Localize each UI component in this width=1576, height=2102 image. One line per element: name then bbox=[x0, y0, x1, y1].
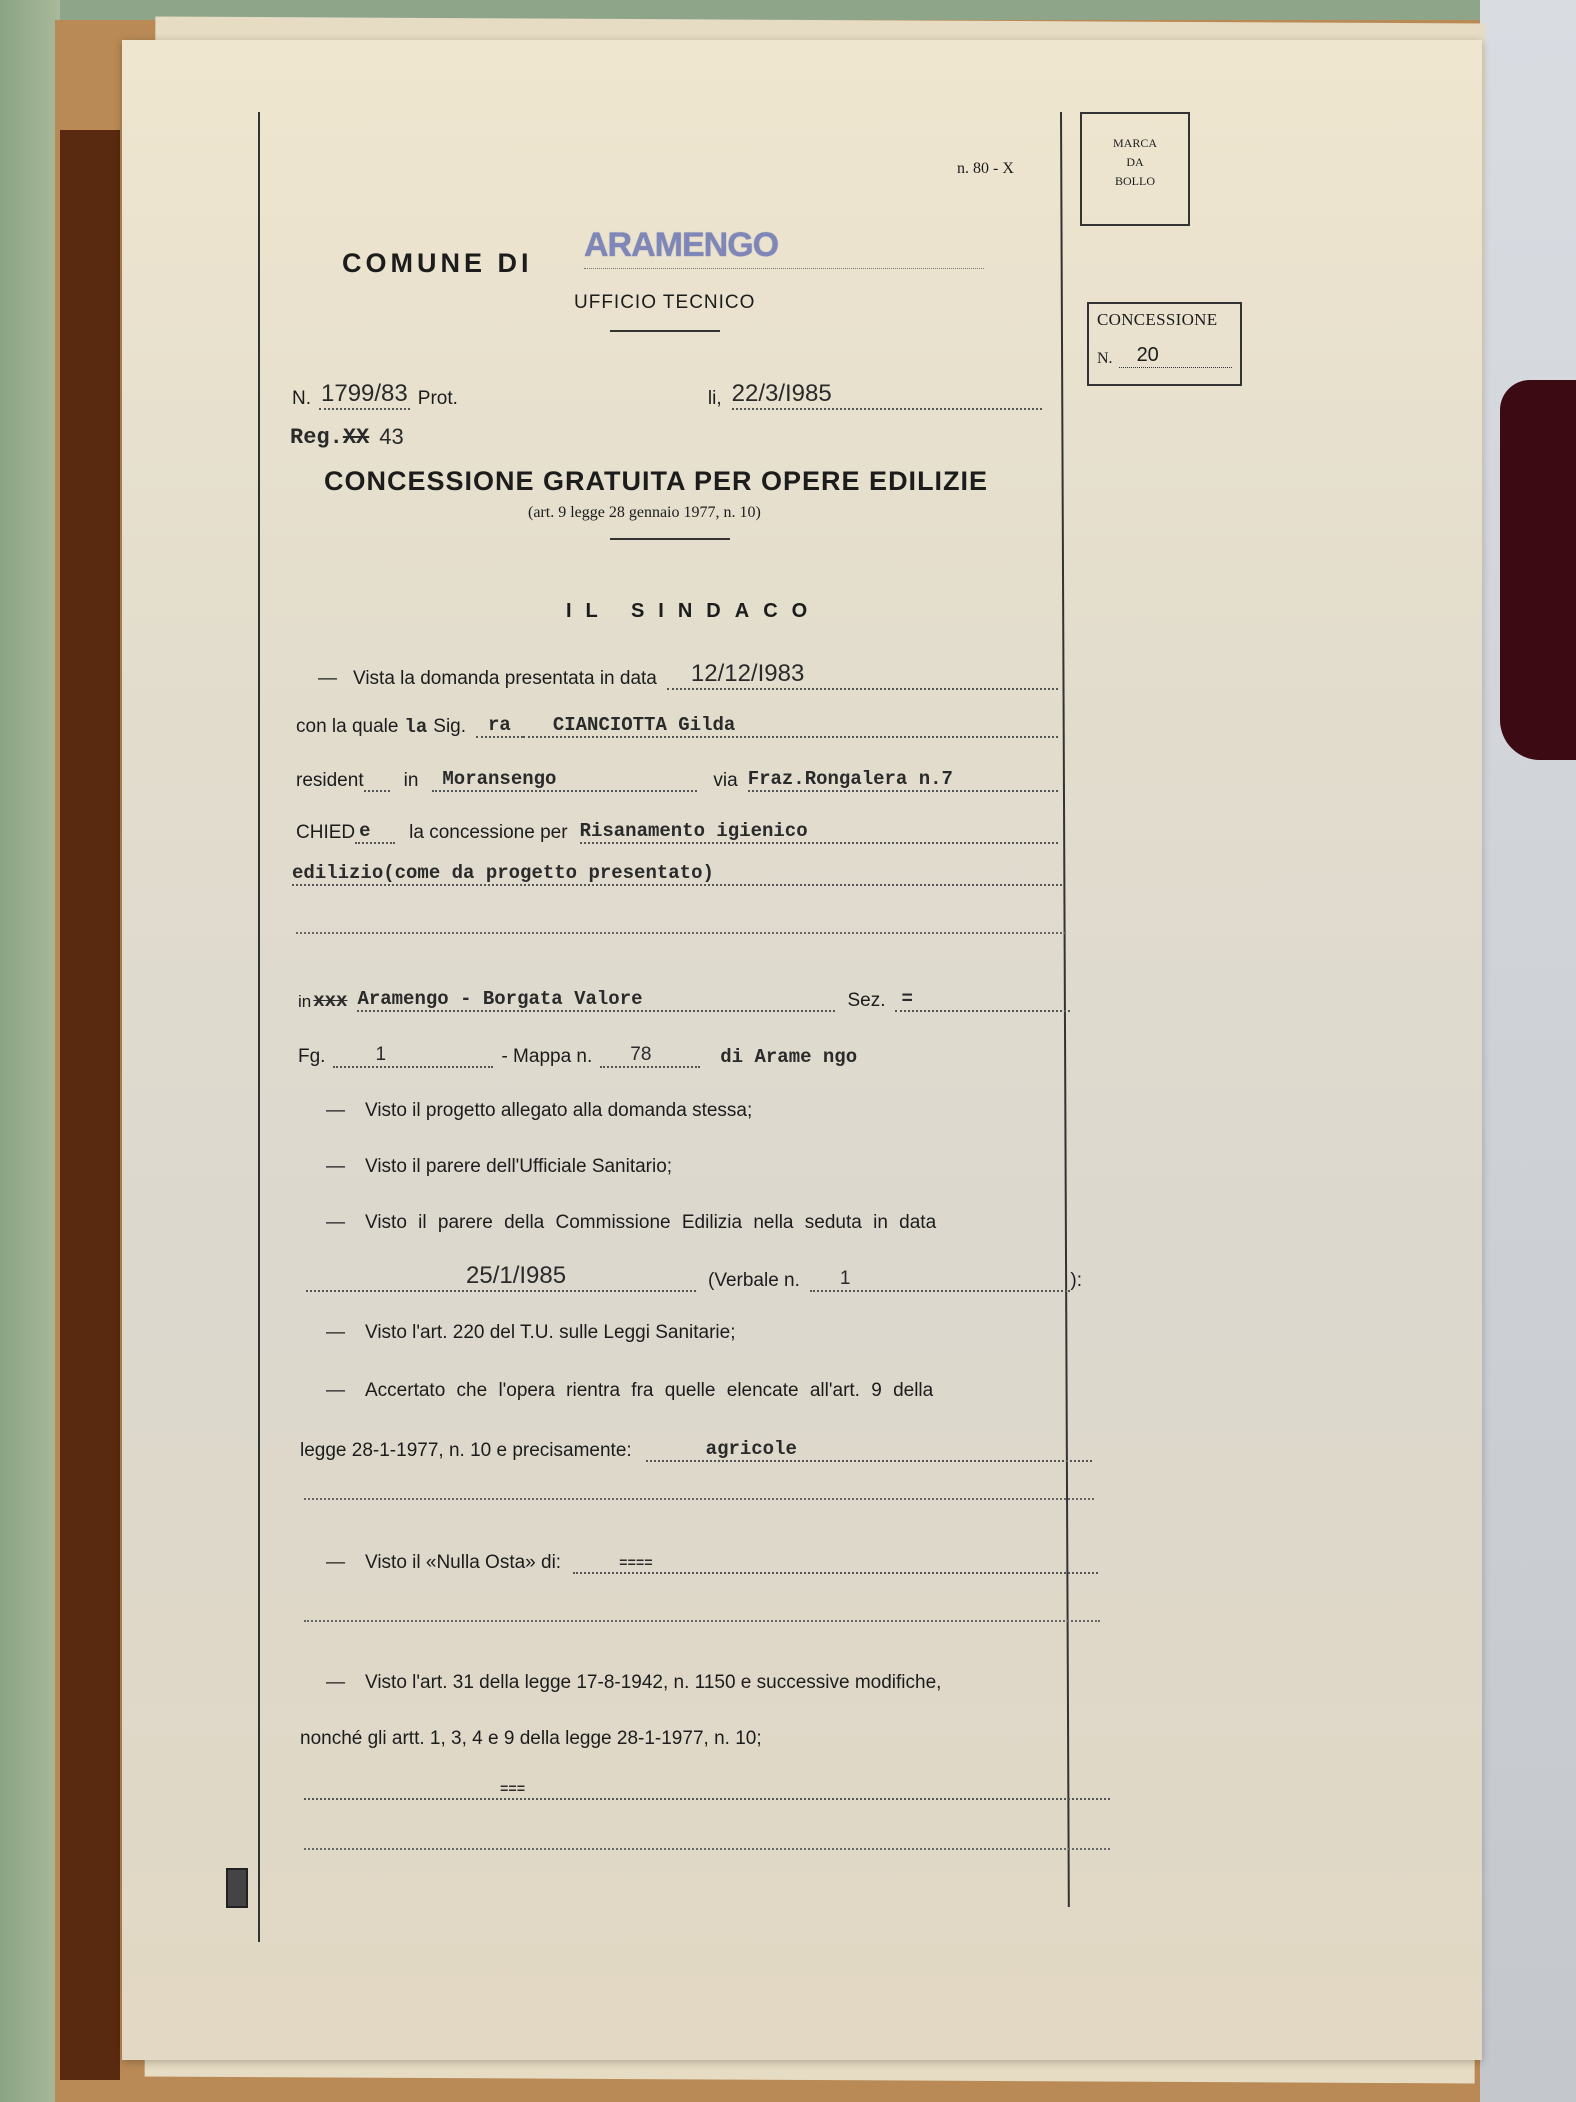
accertato: — Accertato che l'opera rientra fra quel… bbox=[326, 1380, 933, 1402]
commissione-data-row: 25/1/I985 (Verbale n. 1 ): bbox=[306, 1262, 1082, 1292]
nulla-osta-label: Visto il «Nulla Osta» di: bbox=[365, 1552, 561, 1574]
visto-art220-text: Visto l'art. 220 del T.U. sulle Leggi Sa… bbox=[365, 1322, 735, 1344]
mappa-value: 78 bbox=[600, 1044, 700, 1068]
marca-line: DA bbox=[1082, 153, 1188, 172]
concessione-box: CONCESSIONE N. 20 bbox=[1087, 302, 1242, 386]
frame-line-left bbox=[258, 112, 260, 1942]
dash: — bbox=[326, 1552, 345, 1574]
visto-art31-cont: nonché gli artt. 1, 3, 4 e 9 della legge… bbox=[300, 1728, 762, 1750]
visto-sanitario: — Visto il parere dell'Ufficiale Sanitar… bbox=[326, 1156, 672, 1178]
blank-line bbox=[304, 1620, 1100, 1622]
form-code: n. 80 - X bbox=[957, 160, 1014, 178]
residenza-row: resident in Moransengo via Fraz.Rongaler… bbox=[296, 768, 1058, 792]
con-la-quale-label: con la quale bbox=[296, 716, 398, 738]
prot-n-label: N. bbox=[292, 388, 311, 410]
comune-label: COMUNE DI bbox=[342, 248, 533, 279]
divider bbox=[610, 330, 720, 332]
in-label: in bbox=[298, 992, 311, 1012]
blank-line bbox=[304, 1498, 1094, 1500]
blank-line bbox=[296, 932, 1066, 934]
nulla-osta-value: ==== bbox=[573, 1556, 1098, 1574]
visto-art31-text: Visto l'art. 31 della legge 17-8-1942, n… bbox=[365, 1672, 941, 1694]
residence-comune: Moransengo bbox=[432, 768, 697, 792]
residence-via: Fraz.Rongalera n.7 bbox=[748, 768, 1058, 792]
via-label: via bbox=[713, 770, 737, 792]
accertato-text: Accertato che l'opera rientra fra quelle… bbox=[365, 1380, 933, 1402]
printer-logo-icon bbox=[226, 1868, 248, 1908]
visto-art31-cont-text: nonché gli artt. 1, 3, 4 e 9 della legge… bbox=[300, 1728, 762, 1750]
dash: — bbox=[326, 1380, 345, 1402]
protocol-row: N. 1799/83 Prot. li, 22/3/I985 bbox=[292, 380, 1042, 410]
ubicazione-row: in xxx Aramengo - Borgata Valore Sez. = bbox=[298, 988, 1070, 1012]
reg-label: Reg. bbox=[290, 425, 343, 450]
location: Aramengo - Borgata Valore bbox=[357, 988, 835, 1012]
concessione-per-label: la concessione per bbox=[409, 822, 567, 844]
mappa-comune: di Arame ngo bbox=[720, 1046, 857, 1068]
marca-line: BOLLO bbox=[1082, 172, 1188, 191]
visto-art31: — Visto l'art. 31 della legge 17-8-1942,… bbox=[326, 1672, 941, 1694]
catasto-row: Fg. 1 - Mappa n. 78 di Arame ngo bbox=[298, 1044, 1058, 1068]
protocol-number: 1799/83 bbox=[319, 380, 410, 410]
work-description: Risanamento igienico bbox=[580, 820, 1058, 844]
domanda-row: — Vista la domanda presentata in data 12… bbox=[318, 660, 1058, 690]
dash: — bbox=[326, 1672, 345, 1694]
blank-line bbox=[304, 1848, 1110, 1850]
verbale-number: 1 bbox=[810, 1268, 1070, 1292]
concessione-number: 20 bbox=[1119, 344, 1232, 368]
background-right bbox=[1480, 0, 1576, 2102]
ufficio-label: UFFICIO TECNICO bbox=[574, 292, 755, 314]
dash: — bbox=[326, 1156, 345, 1178]
comune-line bbox=[584, 268, 984, 269]
visto-progetto: — Visto il progetto allegato alla domand… bbox=[326, 1100, 752, 1122]
document-subtitle: (art. 9 legge 28 gennaio 1977, n. 10) bbox=[528, 504, 761, 522]
sez-value: = bbox=[895, 988, 1070, 1012]
dash: — bbox=[326, 1212, 345, 1234]
concessione-n-label: N. bbox=[1097, 350, 1113, 368]
sig-suffix: ra bbox=[476, 714, 523, 738]
document-title: CONCESSIONE GRATUITA PER OPERE EDILIZIE bbox=[324, 466, 988, 497]
marca-da-bollo-box: MARCA DA BOLLO bbox=[1080, 112, 1190, 226]
visto-sanitario-text: Visto il parere dell'Ufficiale Sanitario… bbox=[365, 1156, 672, 1178]
work-description-cont: edilizio(come da progetto presentato) bbox=[292, 862, 1062, 886]
verbale-label: (Verbale n. bbox=[708, 1270, 800, 1292]
dash: — bbox=[326, 1100, 345, 1122]
chied-label: CHIED bbox=[296, 822, 355, 844]
final-value: === bbox=[304, 1782, 1110, 1800]
visto-progetto-text: Visto il progetto allegato alla domanda … bbox=[365, 1100, 752, 1122]
final-row: === bbox=[304, 1782, 1110, 1800]
visto-commissione-text: Visto il parere della Commissione Ediliz… bbox=[365, 1212, 936, 1234]
article: la bbox=[404, 716, 427, 738]
reg-number: 43 bbox=[379, 424, 403, 450]
registro-row: Reg. XX 43 bbox=[290, 424, 404, 450]
opera-category: agricole bbox=[646, 1438, 1092, 1462]
richiesta-row: CHIED e la concessione per Risanamento i… bbox=[296, 820, 1058, 844]
mappa-label: - Mappa n. bbox=[501, 1046, 592, 1068]
date-label: li, bbox=[708, 388, 722, 410]
divider bbox=[610, 538, 730, 540]
nulla-osta-row: — Visto il «Nulla Osta» di: ==== bbox=[326, 1552, 1098, 1574]
background-object bbox=[1500, 380, 1576, 760]
verbale-close: ): bbox=[1070, 1270, 1082, 1292]
visto-art220: — Visto l'art. 220 del T.U. sulle Leggi … bbox=[326, 1322, 735, 1344]
background-green-cover bbox=[0, 0, 60, 2102]
accertato-cont: legge 28-1-1977, n. 10 e precisamente: a… bbox=[300, 1438, 1092, 1462]
dash: — bbox=[318, 668, 337, 690]
protocol-date: 22/3/I985 bbox=[732, 380, 1042, 410]
accertato-cont-text: legge 28-1-1977, n. 10 e precisamente: bbox=[300, 1440, 632, 1462]
marca-line: MARCA bbox=[1082, 134, 1188, 153]
fg-label: Fg. bbox=[298, 1046, 325, 1068]
reg-struck: XX bbox=[343, 425, 369, 450]
sindaco-heading: IL SINDACO bbox=[566, 600, 821, 623]
in-label: in bbox=[404, 770, 419, 792]
domanda-label: Vista la domanda presentata in data bbox=[353, 668, 657, 690]
domanda-date: 12/12/I983 bbox=[667, 660, 1058, 690]
visto-commissione: — Visto il parere della Commissione Edil… bbox=[326, 1212, 936, 1234]
applicant-name: CIANCIOTTA Gilda bbox=[523, 714, 1058, 738]
sig-label: Sig. bbox=[433, 716, 466, 738]
chied-suffix: e bbox=[355, 820, 395, 844]
richiedente-row: con la quale la Sig. ra CIANCIOTTA Gilda bbox=[296, 714, 1058, 738]
sez-label: Sez. bbox=[847, 990, 885, 1012]
dash: — bbox=[326, 1322, 345, 1344]
commissione-date: 25/1/I985 bbox=[306, 1262, 696, 1292]
struck-via: xxx bbox=[313, 990, 347, 1012]
resident-label: resident bbox=[296, 770, 364, 792]
richiesta-row-2: edilizio(come da progetto presentato) bbox=[292, 862, 1062, 886]
comune-stamp: ARAMENGO bbox=[584, 226, 778, 265]
foglio-value: 1 bbox=[333, 1044, 493, 1068]
prot-label: Prot. bbox=[418, 388, 458, 410]
background-folder-spine bbox=[60, 130, 120, 2080]
concessione-title: CONCESSIONE bbox=[1097, 310, 1232, 330]
